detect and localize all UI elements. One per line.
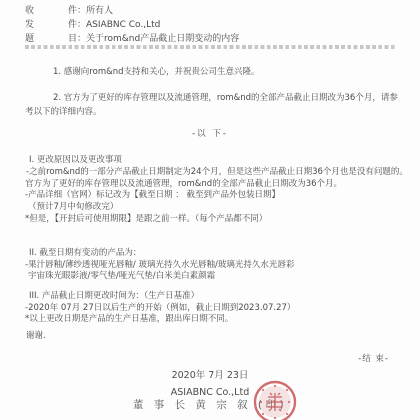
header-separator <box>25 45 397 49</box>
header-row-subject: 题目：关于rom&nd产品截止日期变动的内容 <box>25 34 239 45</box>
header-row-sender: 发件：ASIABNC Co.,Ltd <box>25 20 160 31</box>
recipient-label: 收 <box>25 6 68 17</box>
section-1-line-2: 官方为了更好的库存管理以及流通管理，rom&nd的全部产品截止日期改为36个月。 <box>25 179 342 190</box>
sender-label: 发 <box>25 20 68 31</box>
below-divider: -以 下- <box>0 129 420 140</box>
subject-label: 题 <box>25 34 68 45</box>
company-name: ASIABNC Co.,Ltd <box>0 387 420 398</box>
recipient-value: 所有人 <box>86 6 113 17</box>
company-seal-stamp-icon <box>252 379 298 420</box>
section-1-line-4: （预计7月中旬修改完） <box>28 202 118 213</box>
document-page: 收件：所有人 发件：ASIABNC Co.,Ltd 题目：关于rom&nd产品截… <box>0 0 420 420</box>
paragraph-2: 2. 官方为了更好的库存管理以及流通管理，rom&nd的全部产品截止日期改为36… <box>25 92 399 119</box>
section-2-line-2: 宇宙珠光眼影液/零气垫/哑光气垫/白米美白素颜霜 <box>28 271 215 282</box>
section-1-line-3: -产品详细（官网）标记改为【截至日期 ： 截至到产品外包装日期】 <box>25 190 280 201</box>
section-3-line-2: *以上更改日期是产品的生产日基准，跟出库日期不同。 <box>25 314 233 325</box>
sender-value: ASIABNC Co.,Ltd <box>86 20 160 31</box>
end-mark: -结 束- <box>358 354 389 365</box>
thanks-line: 谢谢. <box>26 331 46 342</box>
section-1-line-5: *但是，【开封后可使用期限】是跟之前一样。（每个产品都不同） <box>25 214 267 225</box>
section-1-line-1: -之前rom&nd的一部分产品截止日期制定为24个月，但是这些产品截止日期36个… <box>26 167 408 178</box>
sender-label-2: 件： <box>68 20 86 31</box>
letter-date: 2020年 7月 23日 <box>0 370 420 381</box>
recipient-label-2: 件： <box>68 6 86 17</box>
subject-value: 关于rom&nd产品截止日期变动的内容 <box>86 34 239 45</box>
section-3-title: III. 产品截止日期更改时间为：（生产日基准） <box>29 291 199 302</box>
section-2-title: II. 截至日期有变动的产品为： <box>29 248 141 259</box>
section-3-line-1: -2020年 07月 27日以后生产的开始（例如，截止日期到2023.07.27… <box>25 303 295 314</box>
header-row-recipient: 收件：所有人 <box>25 6 113 17</box>
section-2-line-1: -果汁唇釉/薄纱透视哑光唇釉/ 玻璃光持久水光唇釉/玻璃光持久水光唇彩 <box>25 260 294 271</box>
chairman-signature: 董 事 长 黄 宗 叙 (印) <box>0 400 420 411</box>
section-1-title: I. 更改原因以及更改事项 <box>29 155 122 166</box>
subject-label-2: 目： <box>68 34 86 45</box>
paragraph-1: 1. 感谢向rom&nd支持和关心，并祝贵公司生意兴隆。 <box>25 66 399 80</box>
